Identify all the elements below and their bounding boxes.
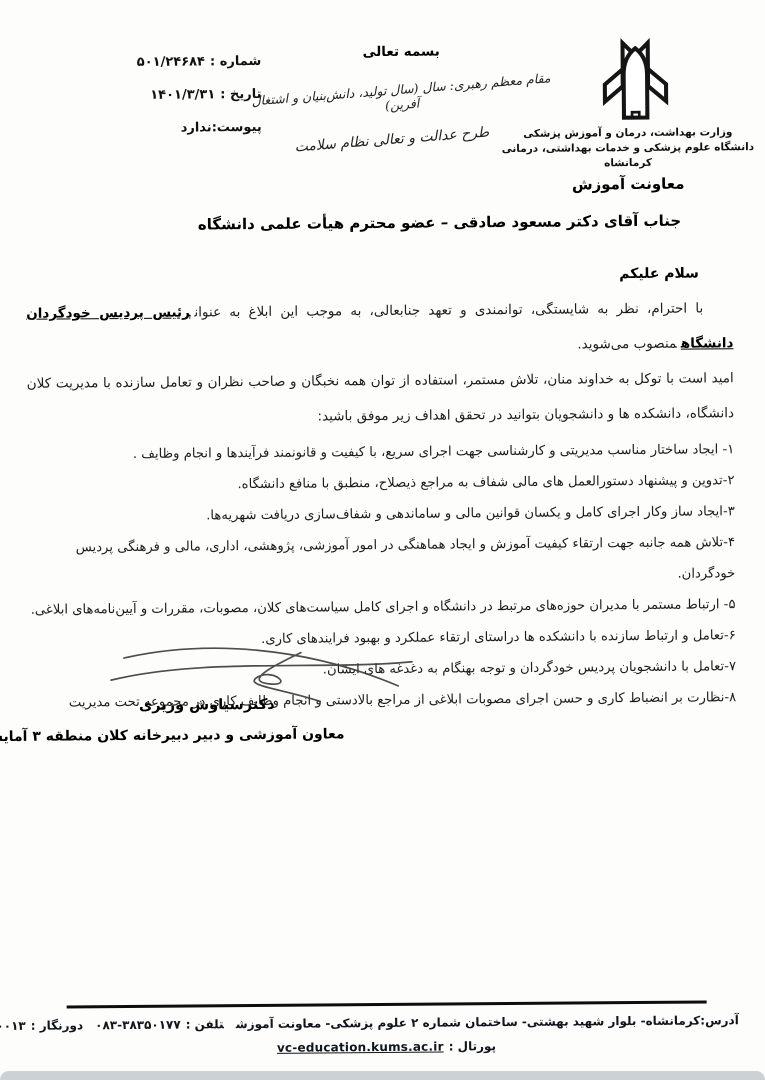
year-slogan-calligraphy: مقام معظم رهبری: سال (سال تولید، دانش‌بن… [246,70,557,124]
scanned-letter-page: { "accent_colors": { "ink": "#1c1c1c", "… [0,0,765,1080]
besmele-text: بسمه تعالی [296,43,506,61]
doc-date-row: تاریخ :۱۴۰۱/۳/۳۱ [51,78,261,113]
doc-number-value: ۵۰۱/۲۴۶۸۴ [137,45,205,79]
footer-fax-label: دورنگار : [31,1018,84,1032]
addressee-line: جناب آقای دکتر مسعود صادقی – عضو محترم ه… [116,211,762,234]
logo-left-wing [605,69,623,102]
footer-divider [67,1000,707,1008]
document-meta-block: شماره :۵۰۱/۲۴۶۸۴ تاریخ :۱۴۰۱/۳/۳۱ پیوست:… [51,45,262,146]
salutation-text: سلام علیکم [619,266,699,283]
doc-date-value: ۱۴۰۱/۳/۳۱ [150,78,215,112]
footer-address-line: آدرس:کرمانشاه- بلوار شهید بهشتی- ساختمان… [34,1013,739,1033]
intro-paragraph: با احترام، نظر به شایستگی، توانمندی و تع… [26,291,734,367]
doc-attachment-row: پیوست:ندارد [52,111,262,146]
goal-item: ۴-تلاش همه جانبه جهت ارتقاء کیفیت آموزش … [28,527,735,595]
footer-portal-line: پورتال :vc-education.kums.ac.ir [4,1037,765,1057]
scan-edge-strip [0,1071,765,1080]
logo-central-arch [623,48,647,117]
hope-paragraph: امید است با توکل به خداوند منان، تلاش مس… [27,361,735,437]
kums-logo-icon [590,32,681,125]
footer-portal-label: پورتال : [449,1039,496,1053]
logo-right-wing [648,69,666,102]
intro-text-before: با احترام، نظر به شایستگی، توانمندی و تع… [194,300,703,320]
deputy-name: معاونت آموزش [495,172,761,196]
footer-fax-value: ۰۸۳-۳۸۳۵۰۰۱۳ [0,1019,26,1034]
intro-text-after: منصوب می‌شوید. [577,336,677,353]
footer-portal-url: vc-education.kums.ac.ir [277,1040,444,1055]
footer-phone-value: ۰۸۳-۳۸۳۵۰۱۷۷ [95,1018,181,1033]
doc-number-label: شماره : [210,54,261,69]
footer-address: آدرس:کرمانشاه- بلوار شهید بهشتی- ساختمان… [236,1013,739,1031]
letter-content: شماره :۵۰۱/۲۴۶۸۴ تاریخ :۱۴۰۱/۳/۳۱ پیوست:… [0,0,765,1080]
signer-title: معاون آموزشی و دبیر دبیرخانه کلان منطقه … [69,726,344,744]
signer-name: دکترسیاوش وزیری [119,697,294,714]
org-name-block: وزارت بهداشت، درمان و آموزش پزشکی دانشگا… [495,125,762,196]
handwritten-signature-mark [96,626,427,707]
doc-number-row: شماره :۵۰۱/۲۴۶۸۴ [51,45,261,80]
university-name: دانشگاه علوم پزشکی و خدمات بهداشتی، درما… [495,140,761,172]
footer-phone-label: تلفن : [186,1017,224,1031]
